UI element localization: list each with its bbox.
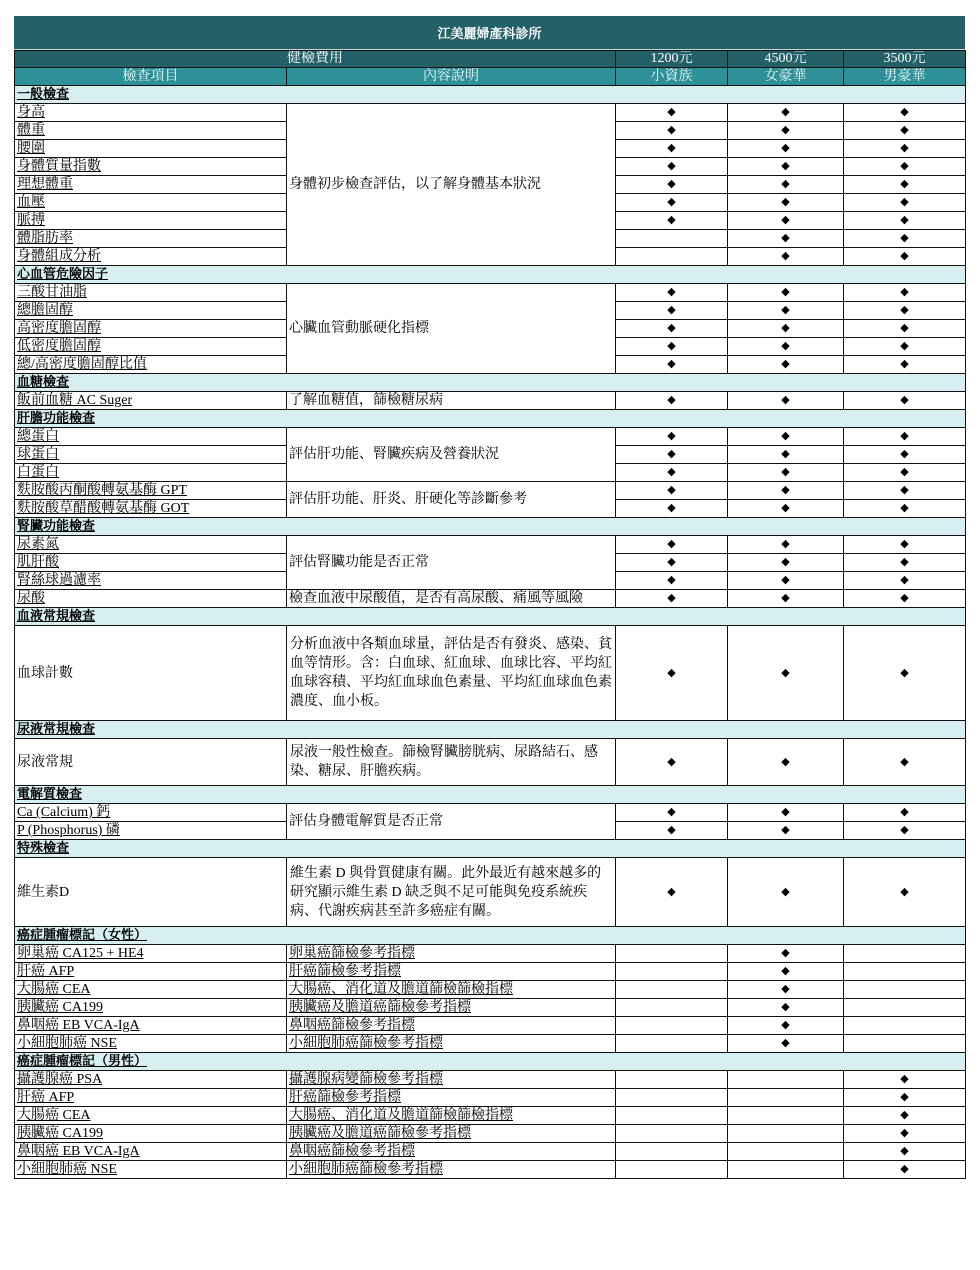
plan-female-cell bbox=[728, 1143, 844, 1161]
plan-basic-cell: ◆ bbox=[616, 590, 728, 608]
included-diamond-icon: ◆ bbox=[900, 556, 908, 568]
check-description-text: 評估肝功能、肝炎、肝硬化等診斷參考 bbox=[289, 492, 527, 507]
check-description: 了解血糖值，篩檢糖尿病 bbox=[287, 392, 616, 410]
check-item-label: 大腸癌 CEA bbox=[17, 982, 91, 997]
check-item: 胰臟癌 CA199 bbox=[15, 999, 287, 1017]
check-item: 身體組成分析 bbox=[15, 248, 287, 266]
plan-female-cell: ◆ bbox=[728, 194, 844, 212]
section-cell: 血糖檢查 bbox=[15, 374, 966, 392]
plan-basic-cell: ◆ bbox=[616, 284, 728, 302]
section-header: 癌症腫瘤標記（男性） bbox=[15, 1053, 966, 1071]
included-diamond-icon: ◆ bbox=[900, 394, 908, 406]
plan-basic-cell: ◆ bbox=[616, 536, 728, 554]
table-row: 尿酸檢查血液中尿酸值，是否有高尿酸、痛風等風險◆◆◆ bbox=[15, 590, 966, 608]
plan-male-cell: ◆ bbox=[844, 248, 966, 266]
included-diamond-icon: ◆ bbox=[667, 124, 675, 136]
included-diamond-icon: ◆ bbox=[781, 124, 789, 136]
plan-female-cell: ◆ bbox=[728, 446, 844, 464]
plan-male-cell: ◆ bbox=[844, 338, 966, 356]
plan-male-cell: ◆ bbox=[844, 590, 966, 608]
plan-male-cell: ◆ bbox=[844, 320, 966, 338]
check-description-text: 維生素 D 與骨質健康有關。此外最近有越來越多的研究顯示維生素 D 缺乏與不足可… bbox=[290, 866, 601, 919]
check-item-label: 維生素D bbox=[17, 885, 69, 900]
check-description: 肝癌篩檢參考指標 bbox=[287, 1089, 616, 1107]
table-row: 肝癌 AFP肝癌篩檢參考指標◆ bbox=[15, 963, 966, 981]
plan-basic-cell: ◆ bbox=[616, 320, 728, 338]
table-row: 卵巢癌 CA125 + HE4卵巢癌篩檢參考指標◆ bbox=[15, 945, 966, 963]
check-description: 大腸癌、消化道及膽道篩檢篩檢指標 bbox=[287, 981, 616, 999]
plan-male-cell: ◆ bbox=[844, 176, 966, 194]
plan-male-cell: ◆ bbox=[844, 230, 966, 248]
plan-male-cell: ◆ bbox=[844, 392, 966, 410]
check-item-label: 低密度膽固醇 bbox=[17, 339, 101, 354]
check-item: 理想體重 bbox=[15, 176, 287, 194]
check-item: 總蛋白 bbox=[15, 428, 287, 446]
plan-female-cell: ◆ bbox=[728, 739, 844, 786]
section-cell: 一般檢查 bbox=[15, 86, 966, 104]
section-header: 心血管危險因子 bbox=[15, 266, 966, 284]
plan-male-cell: ◆ bbox=[844, 804, 966, 822]
check-item-label: 尿液常規 bbox=[17, 755, 73, 770]
included-diamond-icon: ◆ bbox=[781, 806, 789, 818]
included-diamond-icon: ◆ bbox=[781, 1001, 789, 1013]
plan-female-cell: ◆ bbox=[728, 356, 844, 374]
included-diamond-icon: ◆ bbox=[900, 124, 908, 136]
section-cell: 血液常規檢查 bbox=[15, 608, 966, 626]
check-item: 腎絲球過濾率 bbox=[15, 572, 287, 590]
included-diamond-icon: ◆ bbox=[900, 358, 908, 370]
price-header-row: 健檢費用 1200元 4500元 3500元 bbox=[15, 51, 966, 68]
check-item-label: 血球計數 bbox=[17, 666, 73, 681]
table-row: 胰臟癌 CA199胰臟癌及膽道癌篩檢參考指標◆ bbox=[15, 999, 966, 1017]
included-diamond-icon: ◆ bbox=[900, 322, 908, 334]
check-item: 白蛋白 bbox=[15, 464, 287, 482]
included-diamond-icon: ◆ bbox=[781, 358, 789, 370]
included-diamond-icon: ◆ bbox=[781, 1037, 789, 1049]
section-title: 尿液常規檢查 bbox=[17, 722, 95, 737]
included-diamond-icon: ◆ bbox=[667, 106, 675, 118]
section-header: 血糖檢查 bbox=[15, 374, 966, 392]
check-description: 肝癌篩檢參考指標 bbox=[287, 963, 616, 981]
section-title: 血液常規檢查 bbox=[17, 609, 95, 624]
check-item: 肌肝酸 bbox=[15, 554, 287, 572]
table-row: 大腸癌 CEA大腸癌、消化道及膽道篩檢篩檢指標◆ bbox=[15, 1107, 966, 1125]
plan-basic-cell: ◆ bbox=[616, 104, 728, 122]
check-item-label: 麩胺酸草醋酸轉氨基酶 GOT bbox=[17, 501, 189, 516]
plan-female-cell: ◆ bbox=[728, 822, 844, 840]
check-item: 身體質量指數 bbox=[15, 158, 287, 176]
plan-male-cell bbox=[844, 981, 966, 999]
column-header-row: 檢查項目 內容說明 小資族 女豪華 男豪華 bbox=[15, 68, 966, 86]
plan-female-cell: ◆ bbox=[728, 320, 844, 338]
clinic-title: 江美麗婦產科診所 bbox=[14, 16, 965, 50]
plan-male-cell: ◆ bbox=[844, 572, 966, 590]
included-diamond-icon: ◆ bbox=[781, 214, 789, 226]
included-diamond-icon: ◆ bbox=[900, 1109, 908, 1121]
check-item: 大腸癌 CEA bbox=[15, 1107, 287, 1125]
table-row: 攝護腺癌 PSA攝護腺病變篩檢參考指標◆ bbox=[15, 1071, 966, 1089]
plan-basic-cell bbox=[616, 1125, 728, 1143]
plan-male-cell: ◆ bbox=[844, 464, 966, 482]
included-diamond-icon: ◆ bbox=[900, 1073, 908, 1085]
check-item: 體脂肪率 bbox=[15, 230, 287, 248]
included-diamond-icon: ◆ bbox=[781, 756, 789, 768]
included-diamond-icon: ◆ bbox=[900, 304, 908, 316]
included-diamond-icon: ◆ bbox=[667, 824, 675, 836]
checkup-body: 一般檢查身高身體初步檢查評估，以了解身體基本狀況◆◆◆體重◆◆◆腰圍◆◆◆身體質… bbox=[15, 86, 966, 1179]
check-item-label: 高密度膽固醇 bbox=[17, 321, 101, 336]
check-description-text: 肝癌篩檢參考指標 bbox=[289, 964, 401, 979]
col-desc-header: 內容說明 bbox=[287, 68, 616, 86]
included-diamond-icon: ◆ bbox=[667, 214, 675, 226]
check-item-label: 身高 bbox=[17, 105, 45, 120]
included-diamond-icon: ◆ bbox=[667, 756, 675, 768]
check-item-label: 胰臟癌 CA199 bbox=[17, 1126, 103, 1141]
check-item-label: 腰圍 bbox=[17, 141, 45, 156]
included-diamond-icon: ◆ bbox=[781, 448, 789, 460]
included-diamond-icon: ◆ bbox=[667, 484, 675, 496]
section-header: 特殊檢查 bbox=[15, 840, 966, 858]
check-description-text: 檢查血液中尿酸值，是否有高尿酸、痛風等風險 bbox=[289, 591, 583, 606]
plan-female-cell: ◆ bbox=[728, 428, 844, 446]
included-diamond-icon: ◆ bbox=[781, 466, 789, 478]
check-description-text: 評估腎臟功能是否正常 bbox=[289, 555, 429, 570]
check-item-label: 尿酸 bbox=[17, 591, 45, 606]
plan-female-cell: ◆ bbox=[728, 212, 844, 230]
check-item: 尿液常規 bbox=[15, 739, 287, 786]
check-item: 鼻咽癌 EB VCA-IgA bbox=[15, 1143, 287, 1161]
included-diamond-icon: ◆ bbox=[900, 466, 908, 478]
plan-basic-cell bbox=[616, 248, 728, 266]
included-diamond-icon: ◆ bbox=[667, 304, 675, 316]
plan-male-cell: ◆ bbox=[844, 482, 966, 500]
included-diamond-icon: ◆ bbox=[900, 756, 908, 768]
section-header: 腎臟功能檢查 bbox=[15, 518, 966, 536]
plan-basic-cell: ◆ bbox=[616, 212, 728, 230]
plan-female-cell: ◆ bbox=[728, 999, 844, 1017]
plan-male-cell: ◆ bbox=[844, 739, 966, 786]
section-cell: 尿液常規檢查 bbox=[15, 721, 966, 739]
checkup-table: 健檢費用 1200元 4500元 3500元 檢查項目 內容說明 小資族 女豪華… bbox=[14, 50, 966, 1179]
plan-basic-cell: ◆ bbox=[616, 739, 728, 786]
check-description: 評估身體電解質是否正常 bbox=[287, 804, 616, 840]
col-item-header: 檢查項目 bbox=[15, 68, 287, 86]
plan-female-cell bbox=[728, 1161, 844, 1179]
plan-basic-cell bbox=[616, 981, 728, 999]
included-diamond-icon: ◆ bbox=[667, 340, 675, 352]
check-description: 評估肝功能、腎臟疾病及營養狀況 bbox=[287, 428, 616, 482]
plan-female-cell: ◆ bbox=[728, 230, 844, 248]
included-diamond-icon: ◆ bbox=[781, 286, 789, 298]
table-row: 尿液常規尿液一般性檢查。篩檢腎臟膀胱病、尿路結石、感染、糖尿、肝膽疾病。◆◆◆ bbox=[15, 739, 966, 786]
included-diamond-icon: ◆ bbox=[667, 286, 675, 298]
section-title: 一般檢查 bbox=[17, 87, 69, 102]
section-title: 特殊檢查 bbox=[17, 841, 69, 856]
check-item-label: 肌肝酸 bbox=[17, 555, 59, 570]
included-diamond-icon: ◆ bbox=[667, 358, 675, 370]
check-item-label: 胰臟癌 CA199 bbox=[17, 1000, 103, 1015]
plan-male-cell: ◆ bbox=[844, 302, 966, 320]
check-item: 攝護腺癌 PSA bbox=[15, 1071, 287, 1089]
included-diamond-icon: ◆ bbox=[781, 947, 789, 959]
included-diamond-icon: ◆ bbox=[667, 178, 675, 190]
section-title: 電解質檢查 bbox=[17, 787, 82, 802]
included-diamond-icon: ◆ bbox=[900, 592, 908, 604]
included-diamond-icon: ◆ bbox=[781, 142, 789, 154]
check-description-text: 評估肝功能、腎臟疾病及營養狀況 bbox=[289, 447, 499, 462]
check-item-label: 小細胞肺癌 NSE bbox=[17, 1036, 117, 1051]
check-item: 小細胞肺癌 NSE bbox=[15, 1035, 287, 1053]
plan-male-cell: ◆ bbox=[844, 428, 966, 446]
plan-basic-cell: ◆ bbox=[616, 858, 728, 927]
table-row: 血球計數分析血液中各類血球量，評估是否有發炎、感染、貧血等情形。含：白血球、紅血… bbox=[15, 626, 966, 721]
check-item: 血壓 bbox=[15, 194, 287, 212]
table-row: Ca (Calcium) 鈣評估身體電解質是否正常◆◆◆ bbox=[15, 804, 966, 822]
plan-price-basic: 1200元 bbox=[616, 51, 728, 68]
health-check-price-sheet: 江美麗婦產科診所 健檢費用 1200元 4500元 3500元 檢查項目 內容說… bbox=[14, 16, 965, 1179]
check-description-text: 卵巢癌篩檢參考指標 bbox=[289, 946, 415, 961]
included-diamond-icon: ◆ bbox=[781, 592, 789, 604]
check-item: 卵巢癌 CA125 + HE4 bbox=[15, 945, 287, 963]
section-cell: 腎臟功能檢查 bbox=[15, 518, 966, 536]
plan-basic-cell bbox=[616, 1089, 728, 1107]
check-description-text: 胰臟癌及膽道癌篩檢參考指標 bbox=[289, 1126, 471, 1141]
included-diamond-icon: ◆ bbox=[900, 1091, 908, 1103]
included-diamond-icon: ◆ bbox=[667, 538, 675, 550]
included-diamond-icon: ◆ bbox=[781, 824, 789, 836]
table-row: 總蛋白評估肝功能、腎臟疾病及營養狀況◆◆◆ bbox=[15, 428, 966, 446]
table-row: 大腸癌 CEA大腸癌、消化道及膽道篩檢篩檢指標◆ bbox=[15, 981, 966, 999]
plan-female-cell bbox=[728, 1125, 844, 1143]
plan-male-cell: ◆ bbox=[844, 554, 966, 572]
included-diamond-icon: ◆ bbox=[781, 502, 789, 514]
check-description-text: 尿液一般性檢查。篩檢腎臟膀胱病、尿路結石、感染、糖尿、肝膽疾病。 bbox=[290, 745, 598, 779]
included-diamond-icon: ◆ bbox=[781, 394, 789, 406]
plan-female-cell bbox=[728, 1107, 844, 1125]
check-description: 心臟血管動脈硬化指標 bbox=[287, 284, 616, 374]
plan-male-cell: ◆ bbox=[844, 284, 966, 302]
section-header: 尿液常規檢查 bbox=[15, 721, 966, 739]
section-header: 一般檢查 bbox=[15, 86, 966, 104]
check-item-label: 尿素氮 bbox=[17, 537, 59, 552]
check-description-text: 小細胞肺癌篩檢參考指標 bbox=[289, 1162, 443, 1177]
plan-basic-cell bbox=[616, 1107, 728, 1125]
check-item: 總/高密度膽固醇比值 bbox=[15, 356, 287, 374]
included-diamond-icon: ◆ bbox=[667, 448, 675, 460]
check-item: 血球計數 bbox=[15, 626, 287, 721]
plan-male-cell: ◆ bbox=[844, 1089, 966, 1107]
included-diamond-icon: ◆ bbox=[900, 232, 908, 244]
included-diamond-icon: ◆ bbox=[667, 667, 675, 679]
section-cell: 癌症腫瘤標記（女性） bbox=[15, 927, 966, 945]
plan-name-female: 女豪華 bbox=[728, 68, 844, 86]
included-diamond-icon: ◆ bbox=[667, 322, 675, 334]
plan-basic-cell: ◆ bbox=[616, 194, 728, 212]
plan-basic-cell: ◆ bbox=[616, 302, 728, 320]
check-item: 維生素D bbox=[15, 858, 287, 927]
plan-female-cell: ◆ bbox=[728, 1035, 844, 1053]
check-item-label: 小細胞肺癌 NSE bbox=[17, 1162, 117, 1177]
included-diamond-icon: ◆ bbox=[781, 232, 789, 244]
check-item: 三酸甘油脂 bbox=[15, 284, 287, 302]
check-item: 麩胺酸草醋酸轉氨基酶 GOT bbox=[15, 500, 287, 518]
plan-male-cell bbox=[844, 945, 966, 963]
check-item: 高密度膽固醇 bbox=[15, 320, 287, 338]
check-description-text: 心臟血管動脈硬化指標 bbox=[289, 321, 429, 336]
plan-male-cell: ◆ bbox=[844, 446, 966, 464]
plan-female-cell: ◆ bbox=[728, 858, 844, 927]
check-description-text: 大腸癌、消化道及膽道篩檢篩檢指標 bbox=[289, 1108, 513, 1123]
plan-male-cell: ◆ bbox=[844, 1107, 966, 1125]
section-title: 心血管危險因子 bbox=[17, 267, 108, 282]
check-item-label: 鼻咽癌 EB VCA-IgA bbox=[17, 1018, 140, 1033]
plan-basic-cell: ◆ bbox=[616, 464, 728, 482]
included-diamond-icon: ◆ bbox=[781, 484, 789, 496]
section-header: 血液常規檢查 bbox=[15, 608, 966, 626]
check-description: 評估腎臟功能是否正常 bbox=[287, 536, 616, 590]
plan-male-cell: ◆ bbox=[844, 194, 966, 212]
plan-female-cell: ◆ bbox=[728, 1017, 844, 1035]
table-row: 鼻咽癌 EB VCA-IgA鼻咽癌篩檢參考指標◆ bbox=[15, 1017, 966, 1035]
check-item-label: 三酸甘油脂 bbox=[17, 285, 87, 300]
plan-female-cell: ◆ bbox=[728, 392, 844, 410]
included-diamond-icon: ◆ bbox=[781, 667, 789, 679]
included-diamond-icon: ◆ bbox=[781, 886, 789, 898]
section-cell: 癌症腫瘤標記（男性） bbox=[15, 1053, 966, 1071]
section-header: 肝膽功能檢查 bbox=[15, 410, 966, 428]
check-item: 大腸癌 CEA bbox=[15, 981, 287, 999]
plan-female-cell: ◆ bbox=[728, 176, 844, 194]
check-item: 腰圍 bbox=[15, 140, 287, 158]
check-description: 身體初步檢查評估，以了解身體基本狀況 bbox=[287, 104, 616, 266]
plan-basic-cell: ◆ bbox=[616, 428, 728, 446]
plan-female-cell: ◆ bbox=[728, 804, 844, 822]
included-diamond-icon: ◆ bbox=[781, 322, 789, 334]
included-diamond-icon: ◆ bbox=[900, 340, 908, 352]
included-diamond-icon: ◆ bbox=[900, 142, 908, 154]
check-item-label: 大腸癌 CEA bbox=[17, 1108, 91, 1123]
check-description-text: 大腸癌、消化道及膽道篩檢篩檢指標 bbox=[289, 982, 513, 997]
check-item-label: 麩胺酸丙酮酸轉氨基酶 GPT bbox=[17, 483, 187, 498]
plan-female-cell: ◆ bbox=[728, 945, 844, 963]
check-item: 身高 bbox=[15, 104, 287, 122]
check-description: 鼻咽癌篩檢參考指標 bbox=[287, 1017, 616, 1035]
included-diamond-icon: ◆ bbox=[900, 824, 908, 836]
check-item: 脈搏 bbox=[15, 212, 287, 230]
plan-female-cell: ◆ bbox=[728, 158, 844, 176]
check-description-text: 胰臟癌及膽道癌篩檢參考指標 bbox=[289, 1000, 471, 1015]
plan-male-cell bbox=[844, 1035, 966, 1053]
plan-basic-cell bbox=[616, 999, 728, 1017]
included-diamond-icon: ◆ bbox=[667, 142, 675, 154]
check-item-label: 飯前血糖 AC Suger bbox=[17, 393, 132, 408]
check-description: 分析血液中各類血球量，評估是否有發炎、感染、貧血等情形。含：白血球、紅血球、血球… bbox=[287, 626, 616, 721]
check-description-text: 評估身體電解質是否正常 bbox=[289, 814, 443, 829]
check-item-label: 肝癌 AFP bbox=[17, 964, 74, 979]
plan-male-cell: ◆ bbox=[844, 104, 966, 122]
included-diamond-icon: ◆ bbox=[781, 574, 789, 586]
check-item-label: 卵巢癌 CA125 + HE4 bbox=[17, 946, 144, 961]
section-cell: 電解質檢查 bbox=[15, 786, 966, 804]
included-diamond-icon: ◆ bbox=[900, 806, 908, 818]
plan-basic-cell: ◆ bbox=[616, 176, 728, 194]
plan-male-cell bbox=[844, 1017, 966, 1035]
section-header: 電解質檢查 bbox=[15, 786, 966, 804]
included-diamond-icon: ◆ bbox=[900, 886, 908, 898]
plan-basic-cell bbox=[616, 945, 728, 963]
check-item-label: 身體質量指數 bbox=[17, 159, 101, 174]
included-diamond-icon: ◆ bbox=[900, 286, 908, 298]
included-diamond-icon: ◆ bbox=[900, 448, 908, 460]
included-diamond-icon: ◆ bbox=[900, 214, 908, 226]
included-diamond-icon: ◆ bbox=[781, 340, 789, 352]
check-item-label: 總膽固醇 bbox=[17, 303, 73, 318]
plan-basic-cell: ◆ bbox=[616, 446, 728, 464]
check-description: 胰臟癌及膽道癌篩檢參考指標 bbox=[287, 999, 616, 1017]
plan-male-cell: ◆ bbox=[844, 1143, 966, 1161]
included-diamond-icon: ◆ bbox=[667, 394, 675, 406]
check-description: 評估肝功能、肝炎、肝硬化等診斷參考 bbox=[287, 482, 616, 518]
plan-male-cell: ◆ bbox=[844, 1161, 966, 1179]
plan-name-male: 男豪華 bbox=[844, 68, 966, 86]
check-item: 體重 bbox=[15, 122, 287, 140]
included-diamond-icon: ◆ bbox=[900, 667, 908, 679]
plan-female-cell: ◆ bbox=[728, 248, 844, 266]
check-description: 卵巢癌篩檢參考指標 bbox=[287, 945, 616, 963]
check-description: 檢查血液中尿酸值，是否有高尿酸、痛風等風險 bbox=[287, 590, 616, 608]
section-title: 腎臟功能檢查 bbox=[17, 519, 95, 534]
table-row: 小細胞肺癌 NSE小細胞肺癌篩檢參考指標◆ bbox=[15, 1035, 966, 1053]
check-item: 尿酸 bbox=[15, 590, 287, 608]
plan-male-cell: ◆ bbox=[844, 858, 966, 927]
included-diamond-icon: ◆ bbox=[781, 250, 789, 262]
table-row: 麩胺酸丙酮酸轉氨基酶 GPT評估肝功能、肝炎、肝硬化等診斷參考◆◆◆ bbox=[15, 482, 966, 500]
plan-basic-cell: ◆ bbox=[616, 392, 728, 410]
included-diamond-icon: ◆ bbox=[900, 502, 908, 514]
plan-basic-cell: ◆ bbox=[616, 338, 728, 356]
plan-female-cell: ◆ bbox=[728, 482, 844, 500]
included-diamond-icon: ◆ bbox=[667, 430, 675, 442]
plan-female-cell: ◆ bbox=[728, 122, 844, 140]
plan-basic-cell bbox=[616, 1071, 728, 1089]
table-row: 肝癌 AFP肝癌篩檢參考指標◆ bbox=[15, 1089, 966, 1107]
plan-basic-cell: ◆ bbox=[616, 158, 728, 176]
check-item: 低密度膽固醇 bbox=[15, 338, 287, 356]
check-item: Ca (Calcium) 鈣 bbox=[15, 804, 287, 822]
included-diamond-icon: ◆ bbox=[900, 160, 908, 172]
check-description: 小細胞肺癌篩檢參考指標 bbox=[287, 1035, 616, 1053]
table-row: 維生素D維生素 D 與骨質健康有關。此外最近有越來越多的研究顯示維生素 D 缺乏… bbox=[15, 858, 966, 927]
plan-female-cell: ◆ bbox=[728, 140, 844, 158]
plan-male-cell bbox=[844, 963, 966, 981]
included-diamond-icon: ◆ bbox=[781, 965, 789, 977]
included-diamond-icon: ◆ bbox=[781, 983, 789, 995]
table-row: 鼻咽癌 EB VCA-IgA鼻咽癌篩檢參考指標◆ bbox=[15, 1143, 966, 1161]
plan-male-cell: ◆ bbox=[844, 140, 966, 158]
included-diamond-icon: ◆ bbox=[900, 538, 908, 550]
check-item-label: 總蛋白 bbox=[17, 429, 59, 444]
check-item-label: 脈搏 bbox=[17, 213, 45, 228]
plan-male-cell: ◆ bbox=[844, 626, 966, 721]
check-item: 小細胞肺癌 NSE bbox=[15, 1161, 287, 1179]
table-row: 三酸甘油脂心臟血管動脈硬化指標◆◆◆ bbox=[15, 284, 966, 302]
plan-male-cell: ◆ bbox=[844, 500, 966, 518]
check-description-text: 肝癌篩檢參考指標 bbox=[289, 1090, 401, 1105]
included-diamond-icon: ◆ bbox=[900, 574, 908, 586]
plan-male-cell: ◆ bbox=[844, 1071, 966, 1089]
plan-name-basic: 小資族 bbox=[616, 68, 728, 86]
check-item: 胰臟癌 CA199 bbox=[15, 1125, 287, 1143]
